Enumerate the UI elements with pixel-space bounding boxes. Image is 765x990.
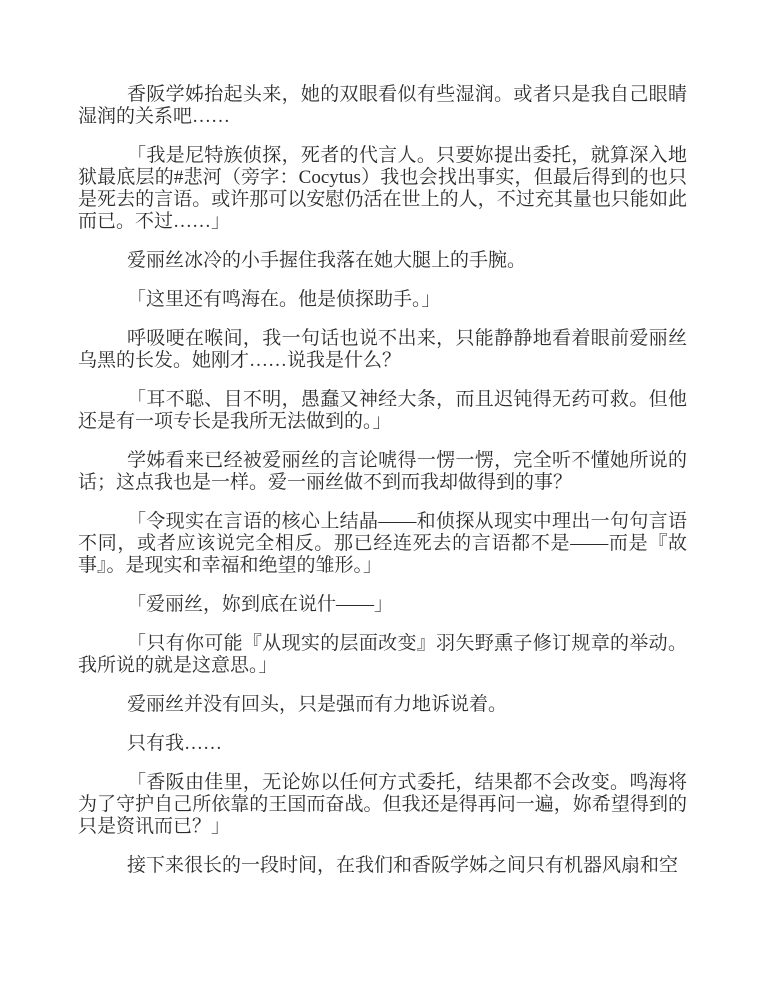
paragraph-narration: 香阪学姊抬起头来，她的双眼看似有些湿润。或者只是我自己眼睛湿润的关系吧…… bbox=[78, 84, 687, 128]
novel-text-block: 香阪学姊抬起头来，她的双眼看似有些湿润。或者只是我自己眼睛湿润的关系吧…… 「我… bbox=[78, 84, 687, 877]
paragraph-dialogue: 「这里还有鸣海在。他是侦探助手。」 bbox=[78, 289, 687, 311]
paragraph-narration: 学姊看来已经被爱丽丝的言论唬得一愣一愣，完全听不懂她所说的话；这点我也是一样。爱… bbox=[78, 450, 687, 494]
paragraph-dialogue: 「爱丽丝，妳到底在说什——」 bbox=[78, 594, 687, 616]
paragraph-dialogue: 「香阪由佳里，无论妳以任何方式委托，结果都不会改变。鸣海将为了守护自己所依靠的王… bbox=[78, 772, 687, 838]
paragraph-dialogue: 「令现实在言语的核心上结晶——和侦探从现实中理出一句句言语不同，或者应该说完全相… bbox=[78, 511, 687, 577]
paragraph-narration: 只有我…… bbox=[78, 733, 687, 755]
paragraph-dialogue: 「我是尼特族侦探，死者的代言人。只要妳提出委托，就算深入地狱最底层的#悲河（旁字… bbox=[78, 145, 687, 233]
novel-page: 香阪学姊抬起头来，她的双眼看似有些湿润。或者只是我自己眼睛湿润的关系吧…… 「我… bbox=[0, 0, 765, 990]
paragraph-narration: 呼吸哽在喉间，我一句话也说不出来，只能静静地看着眼前爱丽丝乌黑的长发。她刚才……… bbox=[78, 328, 687, 372]
paragraph-dialogue: 「只有你可能『从现实的层面改变』羽矢野熏子修订规章的举动。我所说的就是这意思。」 bbox=[78, 633, 687, 677]
paragraph-narration: 爱丽丝并没有回头，只是强而有力地诉说着。 bbox=[78, 694, 687, 716]
paragraph-narration: 接下来很长的一段时间，在我们和香阪学姊之间只有机器风扇和空 bbox=[78, 855, 687, 877]
paragraph-dialogue: 「耳不聪、目不明，愚蠢又神经大条，而且迟钝得无药可救。但他还是有一项专长是我所无… bbox=[78, 389, 687, 433]
paragraph-narration: 爱丽丝冰冷的小手握住我落在她大腿上的手腕。 bbox=[78, 250, 687, 272]
